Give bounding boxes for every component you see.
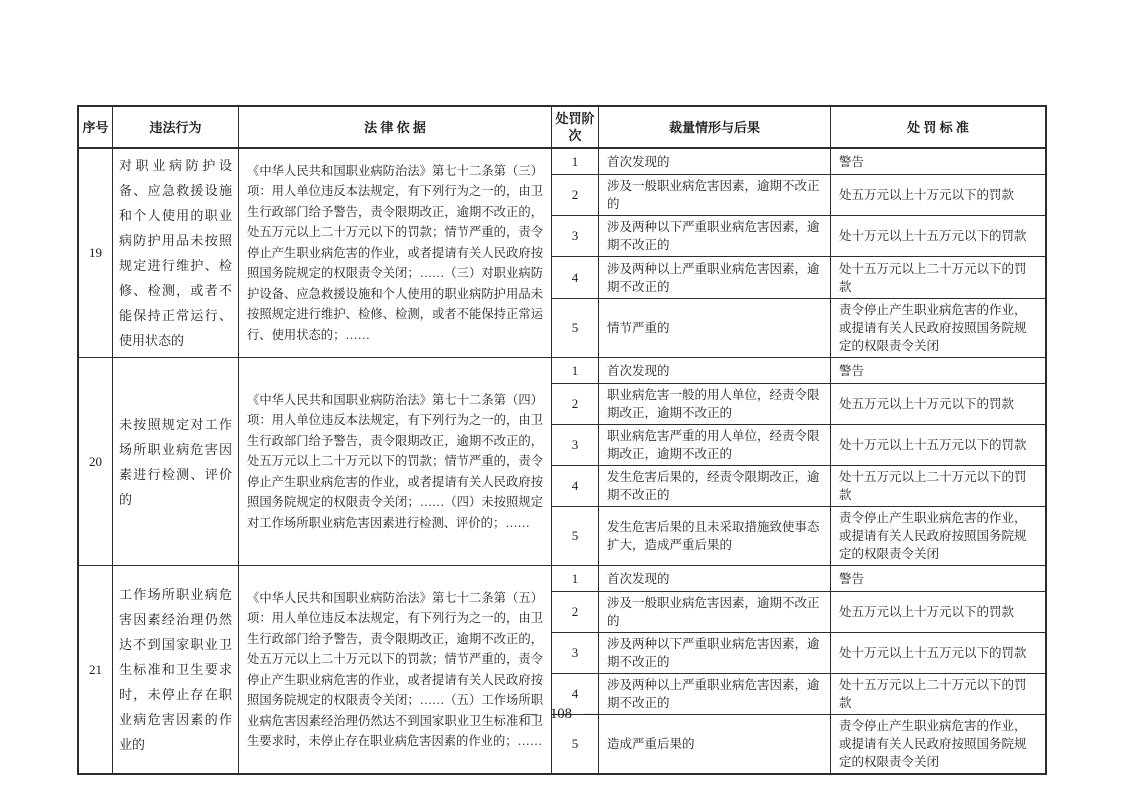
penalty-standard: 责令停止产生职业病危害的作业，或提请有关人民政府按照国务院规定的权限责令关闭 [831,299,1045,357]
penalty-standard: 处十万元以上十五万元以下的罚款 [831,216,1045,256]
penalty-level-row: 5 情节严重的 责令停止产生职业病危害的作业，或提请有关人民政府按照国务院规定的… [552,299,1045,357]
penalty-level: 4 [552,466,599,506]
legal-basis-cell: 《中华人民共和国职业病防治法》第七十二条第（三）项：用人单位违反本法规定，有下列… [239,149,552,357]
penalty-level: 5 [552,299,599,357]
penalty-standard: 警告 [831,149,1045,174]
legal-basis-cell: 《中华人民共和国职业病防治法》第七十二条第（五）项：用人单位违反本法规定，有下列… [239,566,552,773]
circumstance: 首次发现的 [599,566,831,591]
circumstance: 首次发现的 [599,358,831,383]
circumstance: 发生危害后果的且未采取措施致使事态扩大，造成严重后果的 [599,507,831,565]
circumstance: 涉及一般职业病危害因素，逾期不改正的 [599,592,831,632]
penalty-level: 1 [552,358,599,383]
penalty-level-row: 5 造成严重后果的 责令停止产生职业病危害的作业，或提请有关人民政府按照国务院规… [552,715,1045,773]
penalty-level-row: 2 职业病危害一般的用人单位，经责令限期改正，逾期不改正的 处五万元以上十万元以… [552,384,1045,425]
penalty-standard: 警告 [831,358,1045,383]
penalty-discretion-table: 序号 违法行为 法 律 依 据 处罚阶次 裁量情形与后果 处 罚 标 准 19 … [77,105,1047,775]
legal-basis-text: 《中华人民共和国职业病防治法》第七十二条第（三）项：用人单位违反本法规定，有下列… [247,161,543,346]
penalty-level-row: 1 首次发现的 警告 [552,149,1045,175]
row-number: 19 [79,149,113,357]
penalty-level-row: 3 涉及两种以下严重职业病危害因素，逾期不改正的 处十万元以上十五万元以下的罚款 [552,633,1045,674]
penalty-level-row: 3 涉及两种以下严重职业病危害因素，逾期不改正的 处十万元以上十五万元以下的罚款 [552,216,1045,257]
header-violation-behavior: 违法行为 [113,107,239,147]
circumstance: 发生危害后果的，经责令限期改正，逾期不改正的 [599,466,831,506]
penalty-level: 3 [552,425,599,465]
penalty-level: 4 [552,257,599,297]
penalty-level: 5 [552,715,599,773]
header-legal-basis: 法 律 依 据 [239,107,552,147]
row-number: 20 [79,358,113,565]
penalty-standard: 处十万元以上十五万元以下的罚款 [831,425,1045,465]
penalty-level: 1 [552,566,599,591]
penalty-standard: 责令停止产生职业病危害的作业，或提请有关人民政府按照国务院规定的权限责令关闭 [831,715,1045,773]
penalty-standard: 处五万元以上十万元以下的罚款 [831,592,1045,632]
violation-behavior-text: 对职业病防护设备、应急救援设施和个人使用的职业病防护用品未按照规定进行维护、检修… [119,153,232,353]
penalty-level-row: 4 发生危害后果的，经责令限期改正，逾期不改正的 处十五万元以上二十万元以下的罚… [552,466,1045,507]
penalty-level-row: 4 涉及两种以上严重职业病危害因素，逾期不改正的 处十五万元以上二十万元以下的罚… [552,257,1045,298]
header-row-number: 序号 [79,107,113,147]
penalty-levels: 1 首次发现的 警告 2 涉及一般职业病危害因素，逾期不改正的 处五万元以上十万… [552,566,1045,773]
violation-behavior-text: 工作场所职业病危害因素经治理仍然达不到国家职业卫生标准和卫生要求时，未停止存在职… [119,582,232,757]
table-header-row: 序号 违法行为 法 律 依 据 处罚阶次 裁量情形与后果 处 罚 标 准 [79,107,1045,149]
document-page: 序号 违法行为 法 律 依 据 处罚阶次 裁量情形与后果 处 罚 标 准 19 … [0,0,1122,793]
penalty-level: 3 [552,633,599,673]
circumstance: 涉及两种以下严重职业病危害因素，逾期不改正的 [599,633,831,673]
violation-behavior-text: 未按照规定对工作场所职业病危害因素进行检测、评价的 [119,412,232,512]
penalty-standard: 处十万元以上十五万元以下的罚款 [831,633,1045,673]
penalty-level-row: 1 首次发现的 警告 [552,358,1045,384]
penalty-level: 2 [552,592,599,632]
penalty-level: 5 [552,507,599,565]
penalty-level-row: 5 发生危害后果的且未采取措施致使事态扩大，造成严重后果的 责令停止产生职业病危… [552,507,1045,565]
violation-behavior-cell: 工作场所职业病危害因素经治理仍然达不到国家职业卫生标准和卫生要求时，未停止存在职… [113,566,239,773]
table-row: 20 未按照规定对工作场所职业病危害因素进行检测、评价的 《中华人民共和国职业病… [79,358,1045,566]
penalty-level: 3 [552,216,599,256]
penalty-standard: 警告 [831,566,1045,591]
penalty-level: 2 [552,384,599,424]
violation-behavior-cell: 对职业病防护设备、应急救援设施和个人使用的职业病防护用品未按照规定进行维护、检修… [113,149,239,357]
violation-behavior-cell: 未按照规定对工作场所职业病危害因素进行检测、评价的 [113,358,239,565]
header-penalty-level: 处罚阶次 [552,107,599,147]
penalty-level-row: 1 首次发现的 警告 [552,566,1045,592]
penalty-level-row: 2 涉及一般职业病危害因素，逾期不改正的 处五万元以上十万元以下的罚款 [552,592,1045,633]
penalty-standard: 处五万元以上十万元以下的罚款 [831,384,1045,424]
circumstance: 涉及两种以下严重职业病危害因素，逾期不改正的 [599,216,831,256]
penalty-level: 2 [552,175,599,215]
table-row: 19 对职业病防护设备、应急救援设施和个人使用的职业病防护用品未按照规定进行维护… [79,149,1045,358]
circumstance: 情节严重的 [599,299,831,357]
row-number: 21 [79,566,113,773]
circumstance: 职业病危害一般的用人单位，经责令限期改正，逾期不改正的 [599,384,831,424]
header-penalty-standard: 处 罚 标 准 [831,107,1045,147]
penalty-standard: 处十五万元以上二十万元以下的罚款 [831,466,1045,506]
legal-basis-cell: 《中华人民共和国职业病防治法》第七十二条第（四）项：用人单位违反本法规定，有下列… [239,358,552,565]
penalty-standard: 责令停止产生职业病危害的作业，或提请有关人民政府按照国务院规定的权限责令关闭 [831,507,1045,565]
penalty-standard: 处五万元以上十万元以下的罚款 [831,175,1045,215]
legal-basis-text: 《中华人民共和国职业病防治法》第七十二条第（五）项：用人单位违反本法规定，有下列… [247,588,543,752]
circumstance: 造成严重后果的 [599,715,831,773]
penalty-level-row: 2 涉及一般职业病危害因素，逾期不改正的 处五万元以上十万元以下的罚款 [552,175,1045,216]
penalty-levels: 1 首次发现的 警告 2 职业病危害一般的用人单位，经责令限期改正，逾期不改正的… [552,358,1045,565]
penalty-level-row: 3 职业病危害严重的用人单位，经责令限期改正，逾期不改正的 处十万元以上十五万元… [552,425,1045,466]
legal-basis-text: 《中华人民共和国职业病防治法》第七十二条第（四）项：用人单位违反本法规定，有下列… [247,390,543,534]
table-row: 21 工作场所职业病危害因素经治理仍然达不到国家职业卫生标准和卫生要求时，未停止… [79,566,1045,773]
penalty-levels: 1 首次发现的 警告 2 涉及一般职业病危害因素，逾期不改正的 处五万元以上十万… [552,149,1045,357]
circumstance: 首次发现的 [599,149,831,174]
page-number: — 108 — [0,706,1122,723]
circumstance: 职业病危害严重的用人单位，经责令限期改正，逾期不改正的 [599,425,831,465]
circumstance: 涉及两种以上严重职业病危害因素，逾期不改正的 [599,257,831,297]
circumstance: 涉及一般职业病危害因素，逾期不改正的 [599,175,831,215]
penalty-standard: 处十五万元以上二十万元以下的罚款 [831,257,1045,297]
penalty-level: 1 [552,149,599,174]
header-circumstance: 裁量情形与后果 [599,107,831,147]
